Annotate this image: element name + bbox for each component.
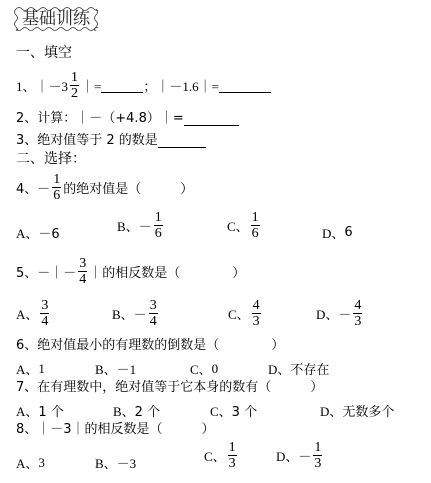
q1-frac-den: 2 [70, 86, 79, 101]
option-label: C、 [190, 359, 212, 378]
option-num: 3 [40, 298, 49, 314]
option-label: B、 [95, 359, 117, 378]
q1-separator: ； [143, 76, 156, 95]
q1-fraction: 1 2 [70, 70, 79, 101]
title-text: 基础训练 [22, 9, 90, 29]
q8-option-d[interactable]: D、 － 1 3 [276, 440, 324, 471]
option-den: 3 [353, 314, 362, 329]
q6-option-a[interactable]: A、 1 [16, 359, 45, 378]
option-fraction: 1 6 [154, 210, 163, 241]
option-label: C、 [210, 401, 232, 420]
option-label: D、 [316, 304, 338, 323]
option-label: A、 [16, 453, 38, 472]
worksheet-title: 基础训练 [14, 7, 98, 31]
q4-option-c[interactable]: C、 1 6 [227, 210, 262, 241]
option-sign: － [134, 304, 147, 323]
option-label: C、 [227, 216, 249, 235]
option-label: A、 [16, 359, 38, 378]
q1-abs-open: ｜－3 [36, 76, 69, 95]
option-value: 1 [38, 361, 45, 377]
q4-frac-num: 1 [52, 172, 61, 188]
q8-option-a[interactable]: A、 3 [16, 453, 45, 472]
option-value: 0 [212, 361, 219, 377]
q1-part2: ｜－1.6｜= [156, 76, 219, 95]
option-label: D、 [322, 223, 344, 242]
option-label: B、 [112, 304, 134, 323]
option-value: －3 [117, 453, 137, 472]
option-sign: － [139, 216, 152, 235]
option-value: 无数多个 [342, 401, 394, 420]
option-den: 3 [313, 456, 322, 471]
option-den: 4 [40, 314, 49, 329]
option-num: 1 [251, 210, 260, 226]
q4-option-a[interactable]: A、 －6 [16, 223, 60, 242]
option-value: 2 个 [135, 401, 160, 420]
q4-option-b[interactable]: B、 － 1 6 [117, 210, 165, 241]
option-value: 1 个 [38, 401, 63, 420]
option-value: －1 [117, 359, 137, 378]
q5-frac-num: 3 [78, 256, 87, 272]
option-label: C、 [204, 446, 226, 465]
question-2: 2、计算：｜－（+4.8）｜= [16, 107, 239, 126]
q6-option-d[interactable]: D、 不存在 [268, 359, 329, 378]
option-fraction: 4 3 [353, 298, 362, 329]
option-fraction: 1 3 [313, 440, 322, 471]
option-label: C、 [228, 304, 250, 323]
option-value: －6 [38, 223, 59, 242]
q5-option-d[interactable]: D、 － 4 3 [316, 298, 364, 329]
q4-frac-den: 6 [52, 188, 61, 203]
q1-answer-blank-1[interactable] [101, 79, 143, 93]
option-label: D、 [320, 401, 342, 420]
option-num: 3 [149, 298, 158, 314]
q4-suffix: 的绝对值是（ ） [63, 178, 193, 197]
option-den: 3 [252, 314, 261, 329]
q6-option-c[interactable]: C、 0 [190, 359, 218, 378]
q4-fraction: 1 6 [52, 172, 61, 203]
q5-option-c[interactable]: C、 4 3 [228, 298, 263, 329]
q5-prefix: 5、－｜－ [16, 262, 76, 281]
question-5: 5、－｜－ 3 4 ｜的相反数是（ ） [16, 256, 245, 287]
q4-prefix: 4、－ [16, 178, 50, 197]
q5-option-b[interactable]: B、 － 3 4 [112, 298, 160, 329]
option-den: 4 [149, 314, 158, 329]
question-1: 1、 ｜－3 1 2 ｜= ； ｜－1.6｜= [16, 70, 271, 101]
option-label: B、 [117, 216, 139, 235]
q1-answer-blank-2[interactable] [219, 79, 271, 93]
q3-text: 3、绝对值等于 2 的数是 [16, 129, 158, 148]
q7-option-a[interactable]: A、 1 个 [16, 401, 64, 420]
q5-fraction: 3 4 [78, 256, 87, 287]
option-num: 4 [353, 298, 362, 314]
q5-suffix: ｜的相反数是（ ） [89, 262, 245, 281]
option-den: 6 [154, 226, 163, 241]
option-fraction: 1 6 [251, 210, 260, 241]
option-sign: － [298, 446, 311, 465]
q1-frac-num: 1 [70, 70, 79, 86]
option-value: 不存在 [290, 359, 329, 378]
q1-prefix: 1、 [16, 76, 36, 95]
q5-option-a[interactable]: A、 3 4 [16, 298, 51, 329]
option-num: 1 [313, 440, 322, 456]
q5-frac-den: 4 [78, 272, 87, 287]
option-den: 6 [251, 226, 260, 241]
option-label: B、 [95, 453, 117, 472]
question-4: 4、－ 1 6 的绝对值是（ ） [16, 172, 193, 203]
q8-option-c[interactable]: C、 1 3 [204, 440, 239, 471]
option-label: B、 [113, 401, 135, 420]
option-fraction: 3 4 [40, 298, 49, 329]
question-7: 7、在有理数中，绝对值等于它本身的数有（ ） [16, 380, 323, 396]
option-fraction: 4 3 [252, 298, 261, 329]
option-num: 1 [228, 440, 237, 456]
option-den: 3 [228, 456, 237, 471]
option-label: D、 [276, 446, 298, 465]
option-label: A、 [16, 401, 38, 420]
section-fill-blank: 一、填空 [16, 45, 72, 61]
question-3: 3、绝对值等于 2 的数是 [16, 129, 206, 148]
q3-answer-blank[interactable] [158, 134, 206, 148]
option-fraction: 1 3 [228, 440, 237, 471]
q1-abs-close: ｜= [81, 76, 101, 95]
option-label: A、 [16, 223, 38, 242]
option-value: 6 [344, 225, 352, 240]
option-num: 4 [252, 298, 261, 314]
option-label: A、 [16, 304, 38, 323]
option-sign: － [338, 304, 351, 323]
q2-answer-blank[interactable] [184, 112, 239, 126]
section-multiple-choice: 二、选择： [16, 151, 86, 167]
q6-option-b[interactable]: B、 －1 [95, 359, 136, 378]
q7-option-c[interactable]: C、 3 个 [210, 401, 257, 420]
question-8: 8、｜－3｜的相反数是（ ） [16, 422, 215, 438]
option-label: D、 [268, 359, 290, 378]
q7-option-b[interactable]: B、 2 个 [113, 401, 160, 420]
option-value: 3 个 [232, 401, 257, 420]
option-fraction: 3 4 [149, 298, 158, 329]
q8-option-b[interactable]: B、 －3 [95, 453, 136, 472]
question-6: 6、绝对值最小的有理数的倒数是（ ） [16, 338, 284, 354]
option-num: 1 [154, 210, 163, 226]
option-value: 3 [38, 455, 45, 471]
q4-option-d[interactable]: D、 6 [322, 223, 353, 242]
q7-option-d[interactable]: D、 无数多个 [320, 401, 394, 420]
q2-text: 2、计算：｜－（+4.8）｜= [16, 107, 184, 126]
